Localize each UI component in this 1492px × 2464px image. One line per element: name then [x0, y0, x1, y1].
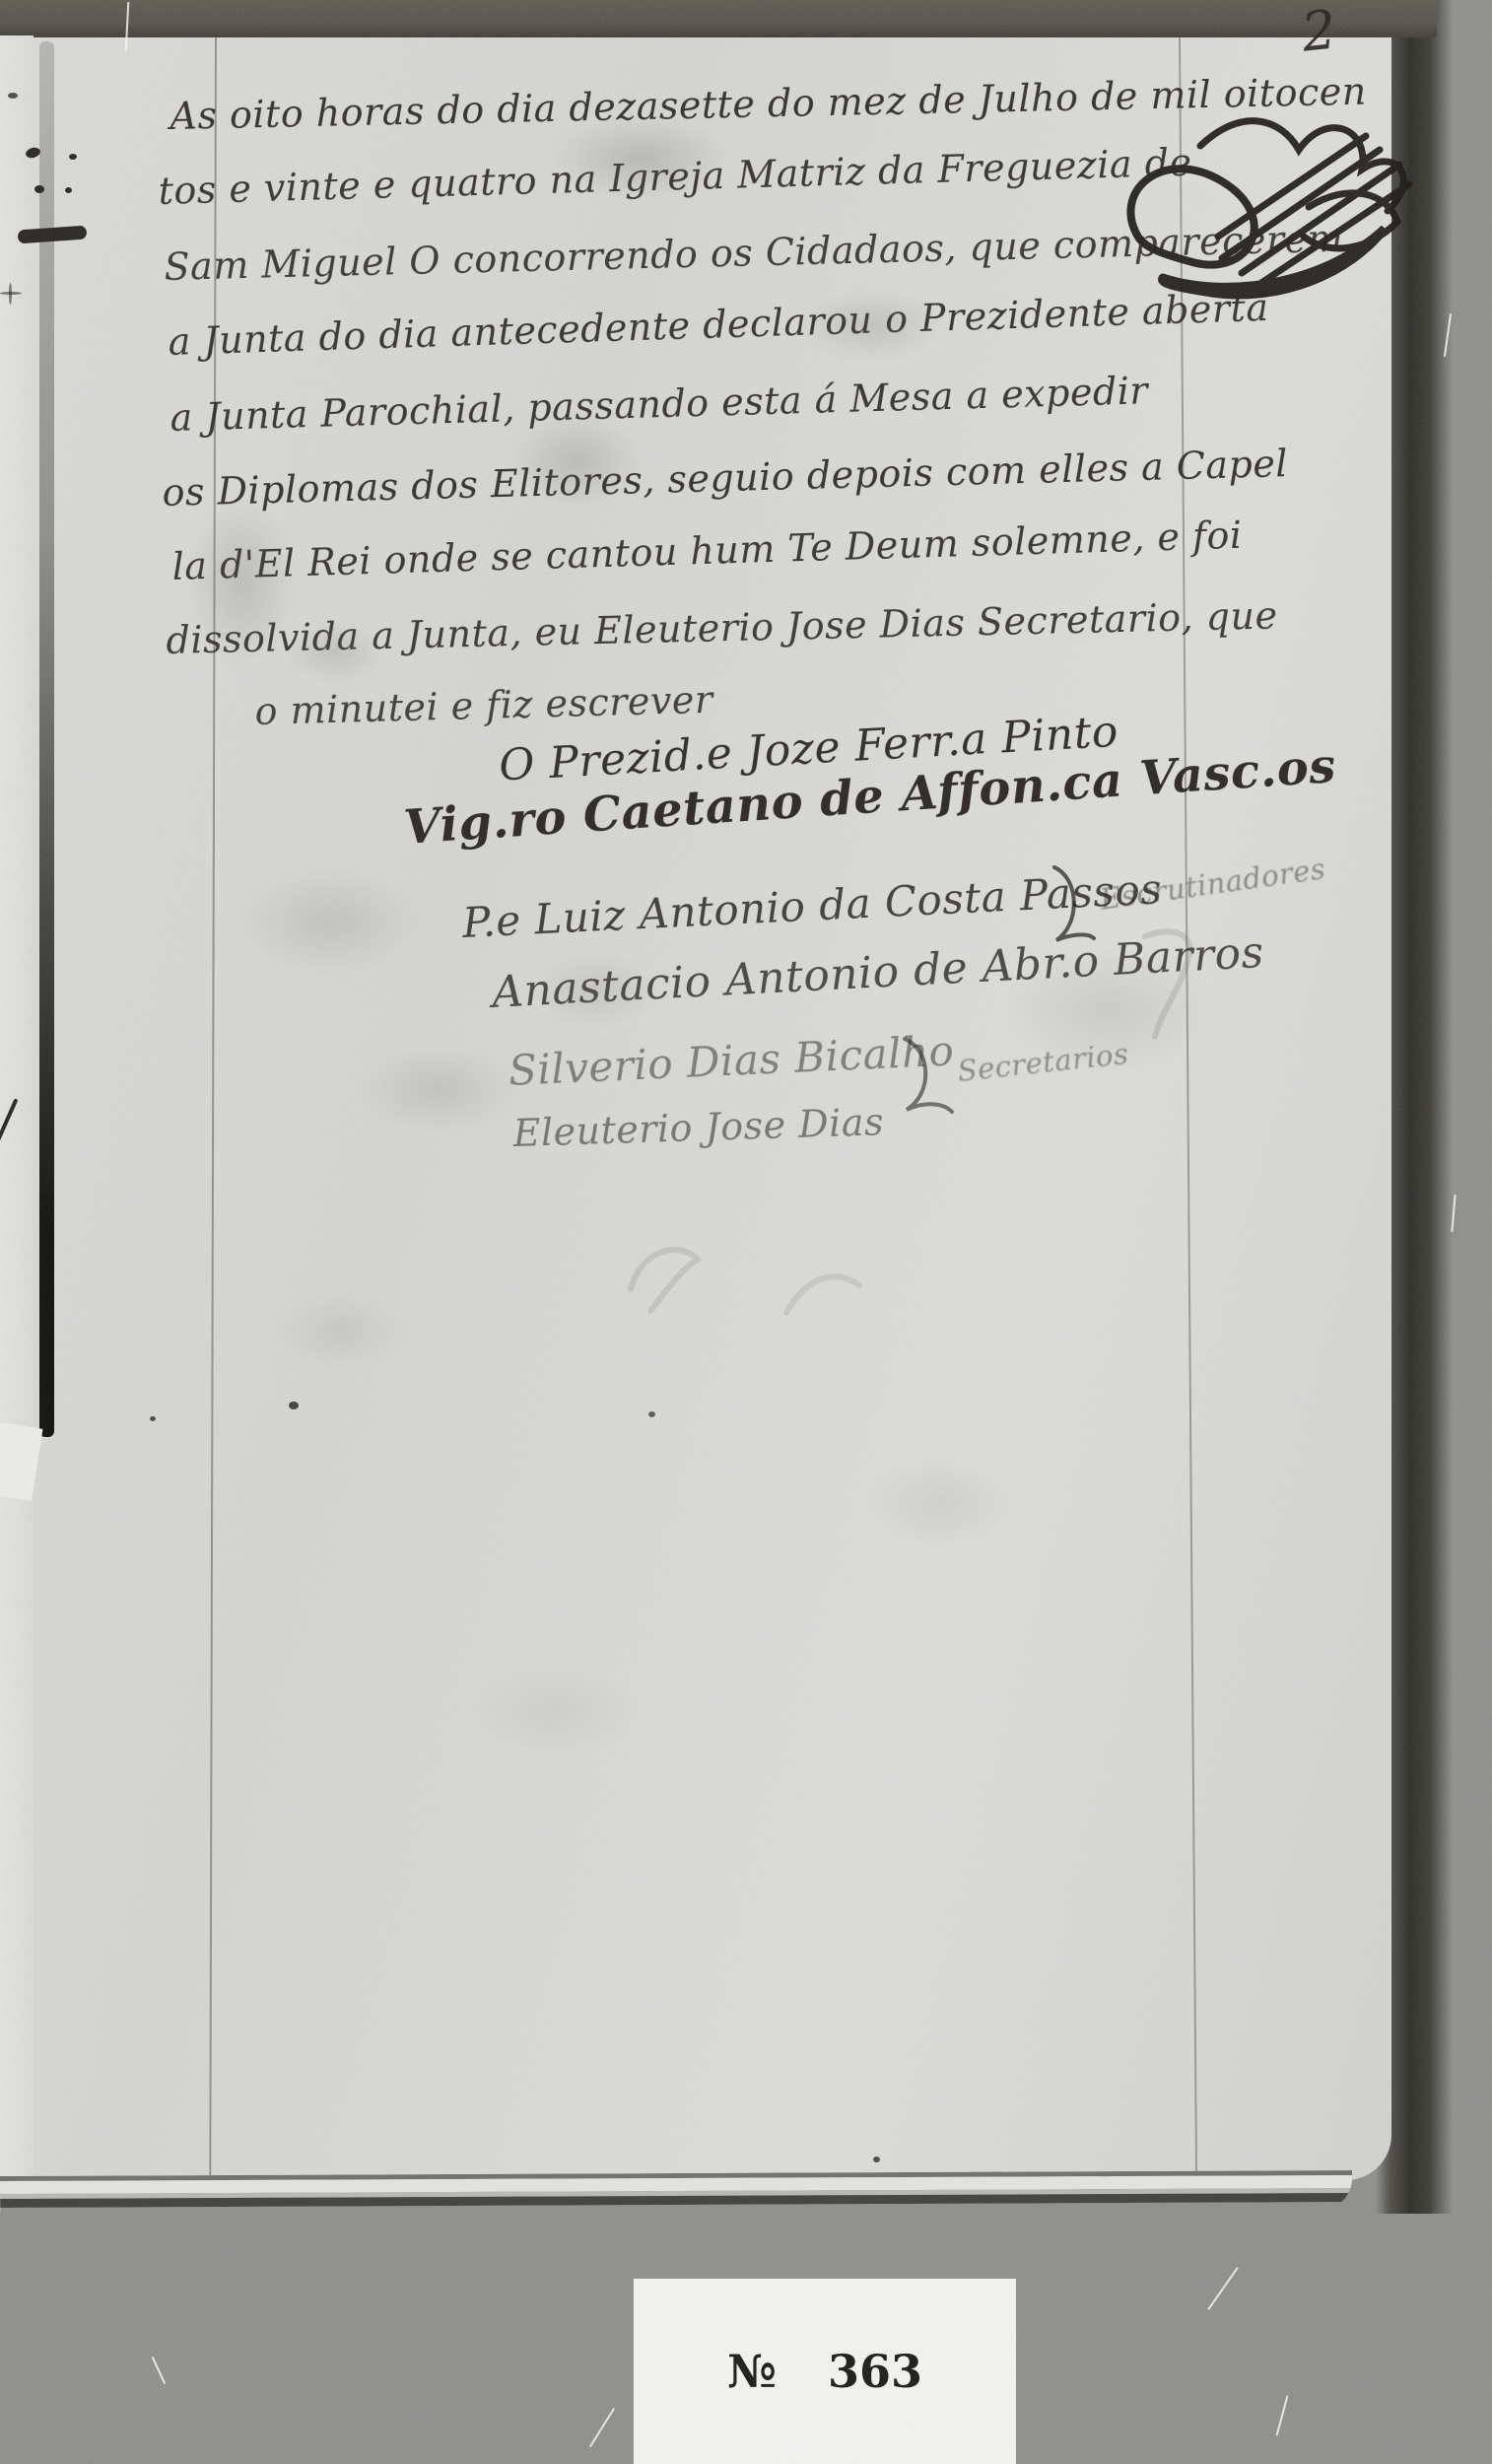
- binding-crease: [39, 41, 54, 1437]
- ink-speck: [69, 154, 77, 160]
- ink-scrawl-flourish: [1102, 89, 1437, 301]
- ink-speck: [648, 1411, 655, 1417]
- ink-speck: [289, 1402, 299, 1409]
- bleed-through-mark: [779, 1264, 867, 1333]
- top-edge-shadow: [0, 0, 1437, 37]
- ink-speck: [9, 283, 12, 305]
- scan-fiber: [1276, 2395, 1289, 2435]
- scan-fiber: [152, 2357, 166, 2384]
- ink-speck: [873, 2156, 880, 2162]
- scanned-manuscript-page: 2 As oito horas do dia dezasette do mez …: [0, 0, 1492, 2464]
- archive-number: 363: [828, 2345, 922, 2398]
- archive-number-card: № 363: [634, 2279, 1016, 2464]
- scan-fiber: [1207, 2267, 1238, 2310]
- bleed-through-mark: [1133, 924, 1212, 1053]
- signature-brace: [1051, 863, 1096, 948]
- ink-speck: [65, 187, 72, 193]
- bottom-page-edges: [0, 2170, 1352, 2216]
- signature-brace: [899, 1035, 956, 1120]
- bleed-through-mark: [621, 1230, 710, 1319]
- numero-sign: №: [727, 2345, 777, 2398]
- page-number: 2: [1299, 0, 1339, 64]
- ink-speck: [150, 1416, 156, 1421]
- scan-fiber: [589, 2408, 615, 2447]
- ink-speck: [34, 185, 44, 193]
- ink-speck: [8, 93, 18, 99]
